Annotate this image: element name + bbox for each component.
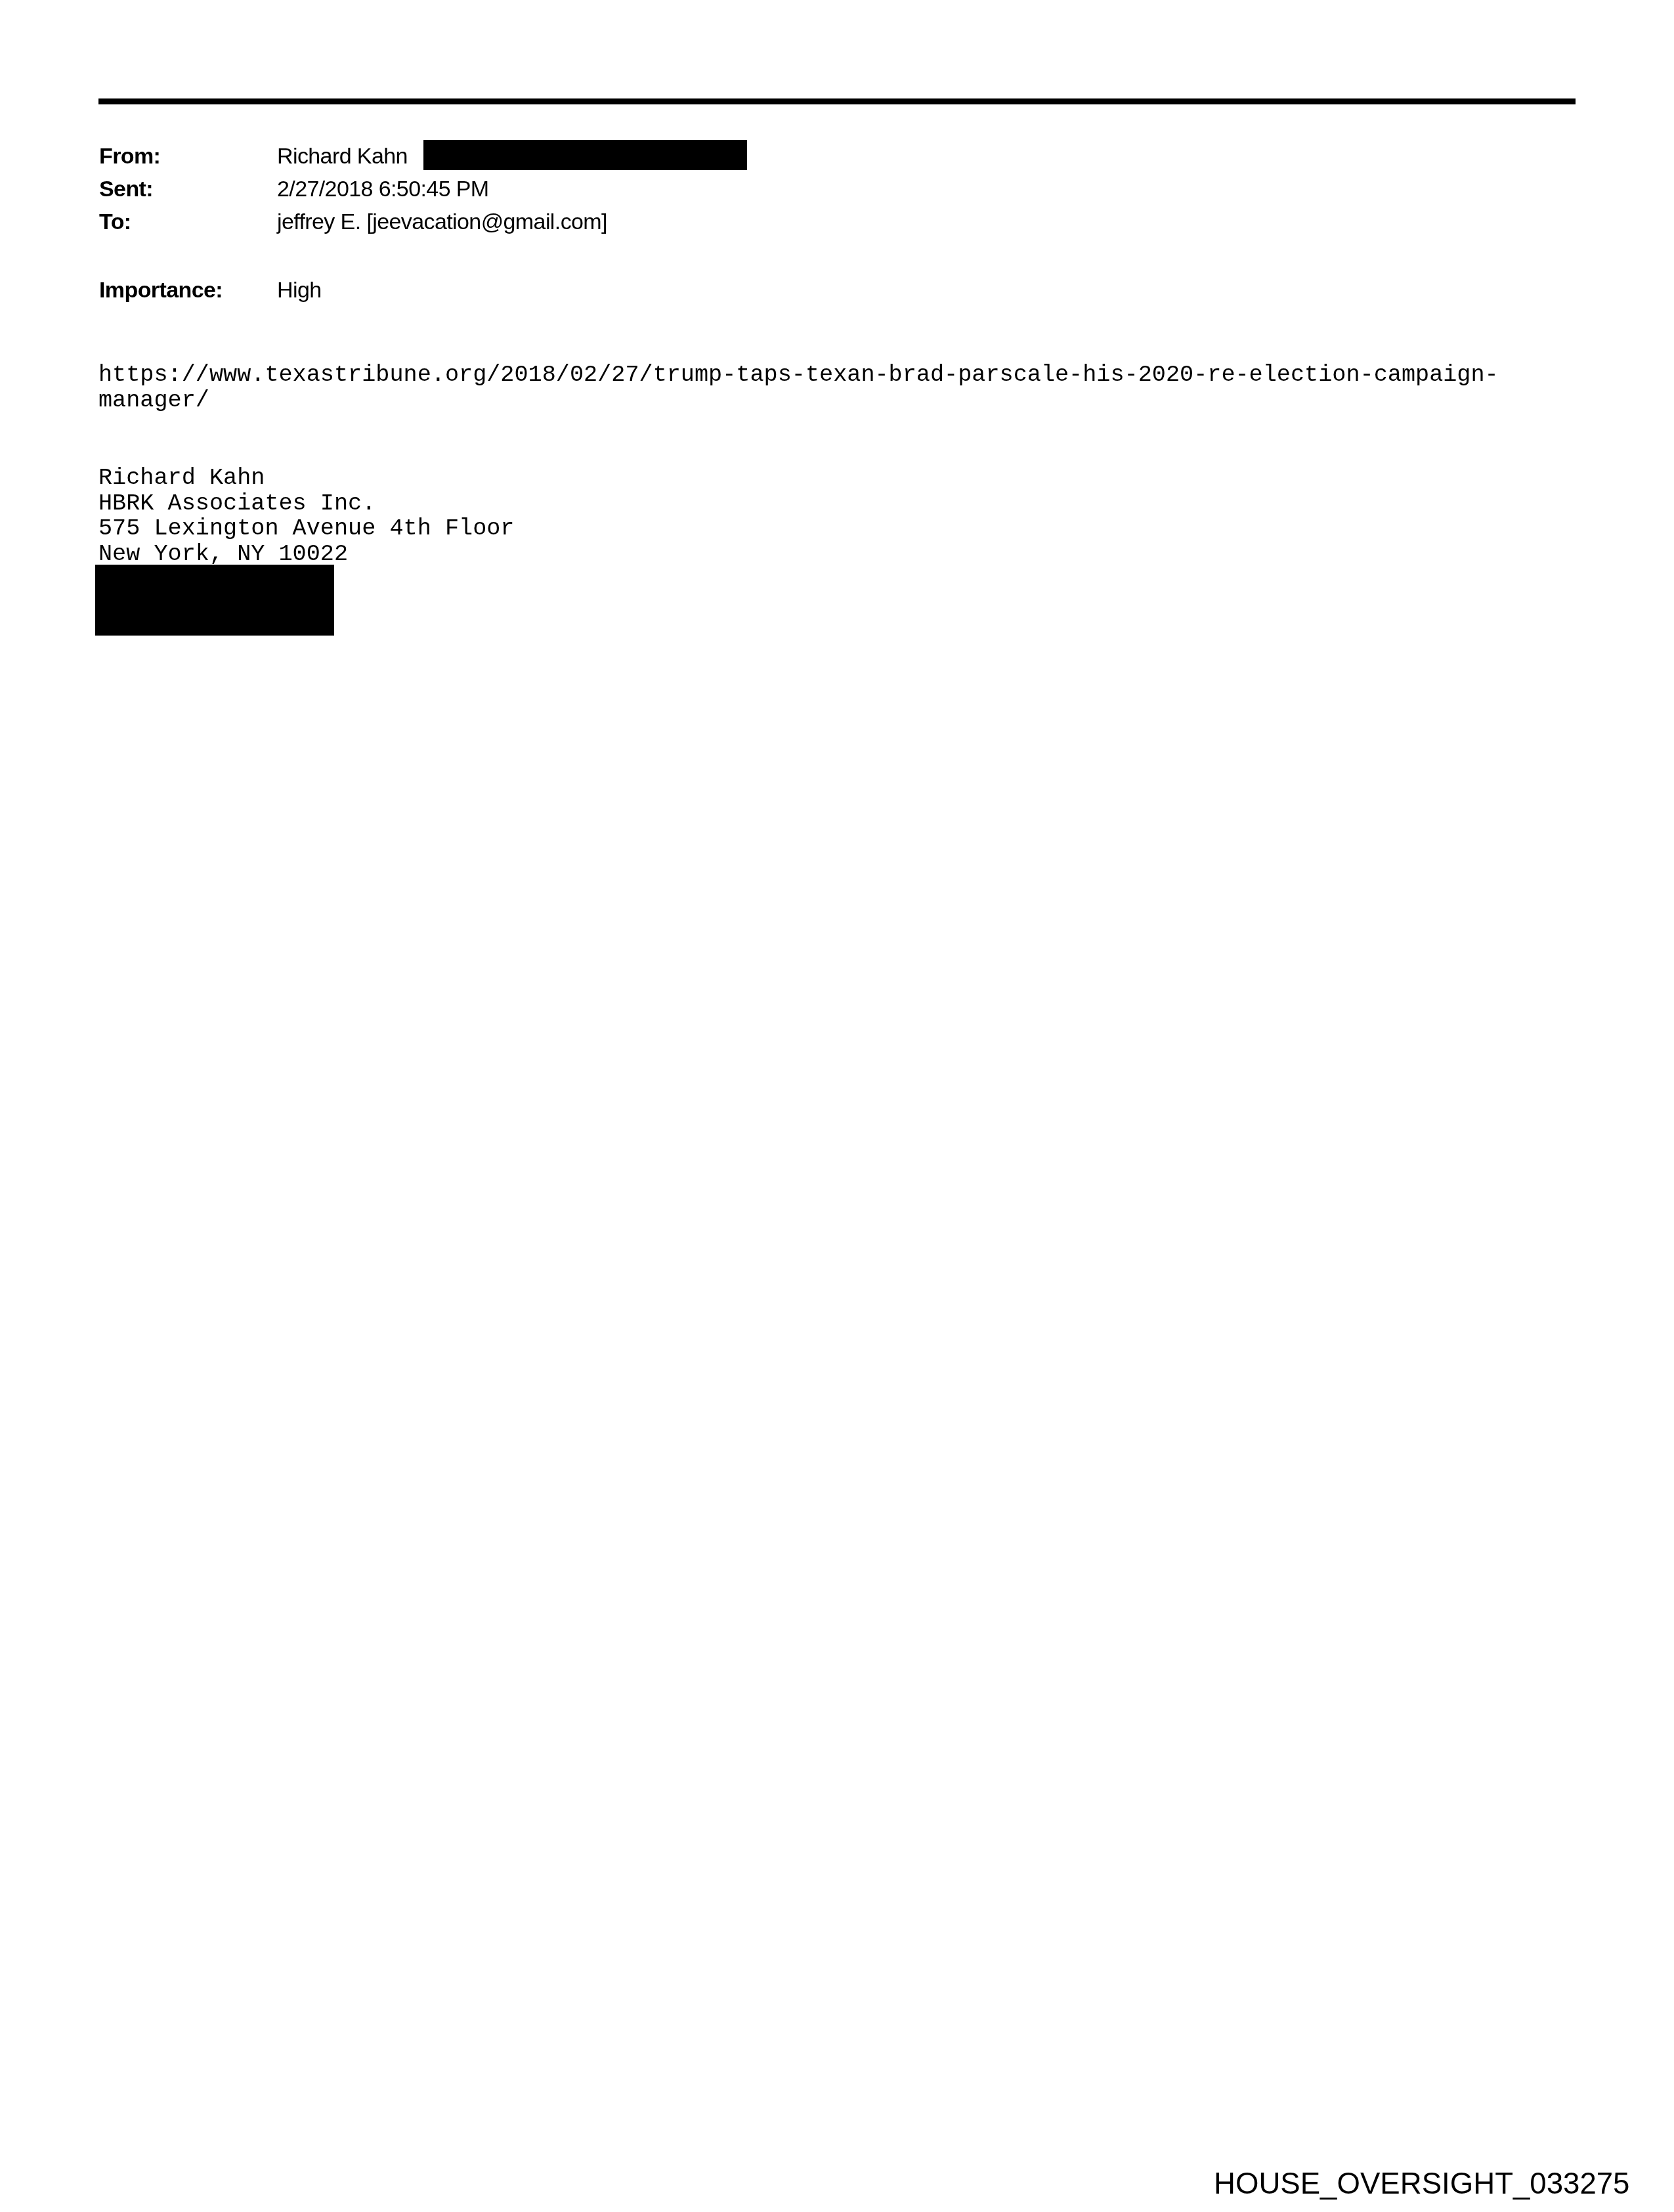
signature-company: HBRK Associates Inc. (98, 491, 514, 517)
signature-address-line-1: 575 Lexington Avenue 4th Floor (98, 516, 514, 542)
email-signature: Richard KahnHBRK Associates Inc.575 Lexi… (98, 466, 514, 567)
link-line-1[interactable]: https://www.texastribune.org/2018/02/27/… (98, 362, 1499, 388)
to-value: jeffrey E. [jeevacation@gmail.com] (277, 211, 607, 233)
to-label: To: (99, 211, 131, 233)
redaction-box-signature-contact (95, 565, 334, 636)
sent-value: 2/27/2018 6:50:45 PM (277, 178, 489, 200)
email-body-link[interactable]: https://www.texastribune.org/2018/02/27/… (98, 362, 1499, 413)
from-label: From: (99, 145, 160, 167)
bates-number: HOUSE_OVERSIGHT_033275 (1214, 2166, 1629, 2200)
signature-address-line-2: New York, NY 10022 (98, 542, 514, 567)
sent-label: Sent: (99, 178, 153, 200)
importance-label: Importance: (99, 279, 223, 301)
signature-name: Richard Kahn (98, 466, 514, 491)
from-value: Richard Kahn (277, 145, 408, 167)
header-divider-rule (98, 98, 1576, 104)
link-line-2[interactable]: manager/ (98, 388, 1499, 414)
importance-value: High (277, 279, 322, 301)
redaction-box-sender-email (423, 140, 747, 170)
